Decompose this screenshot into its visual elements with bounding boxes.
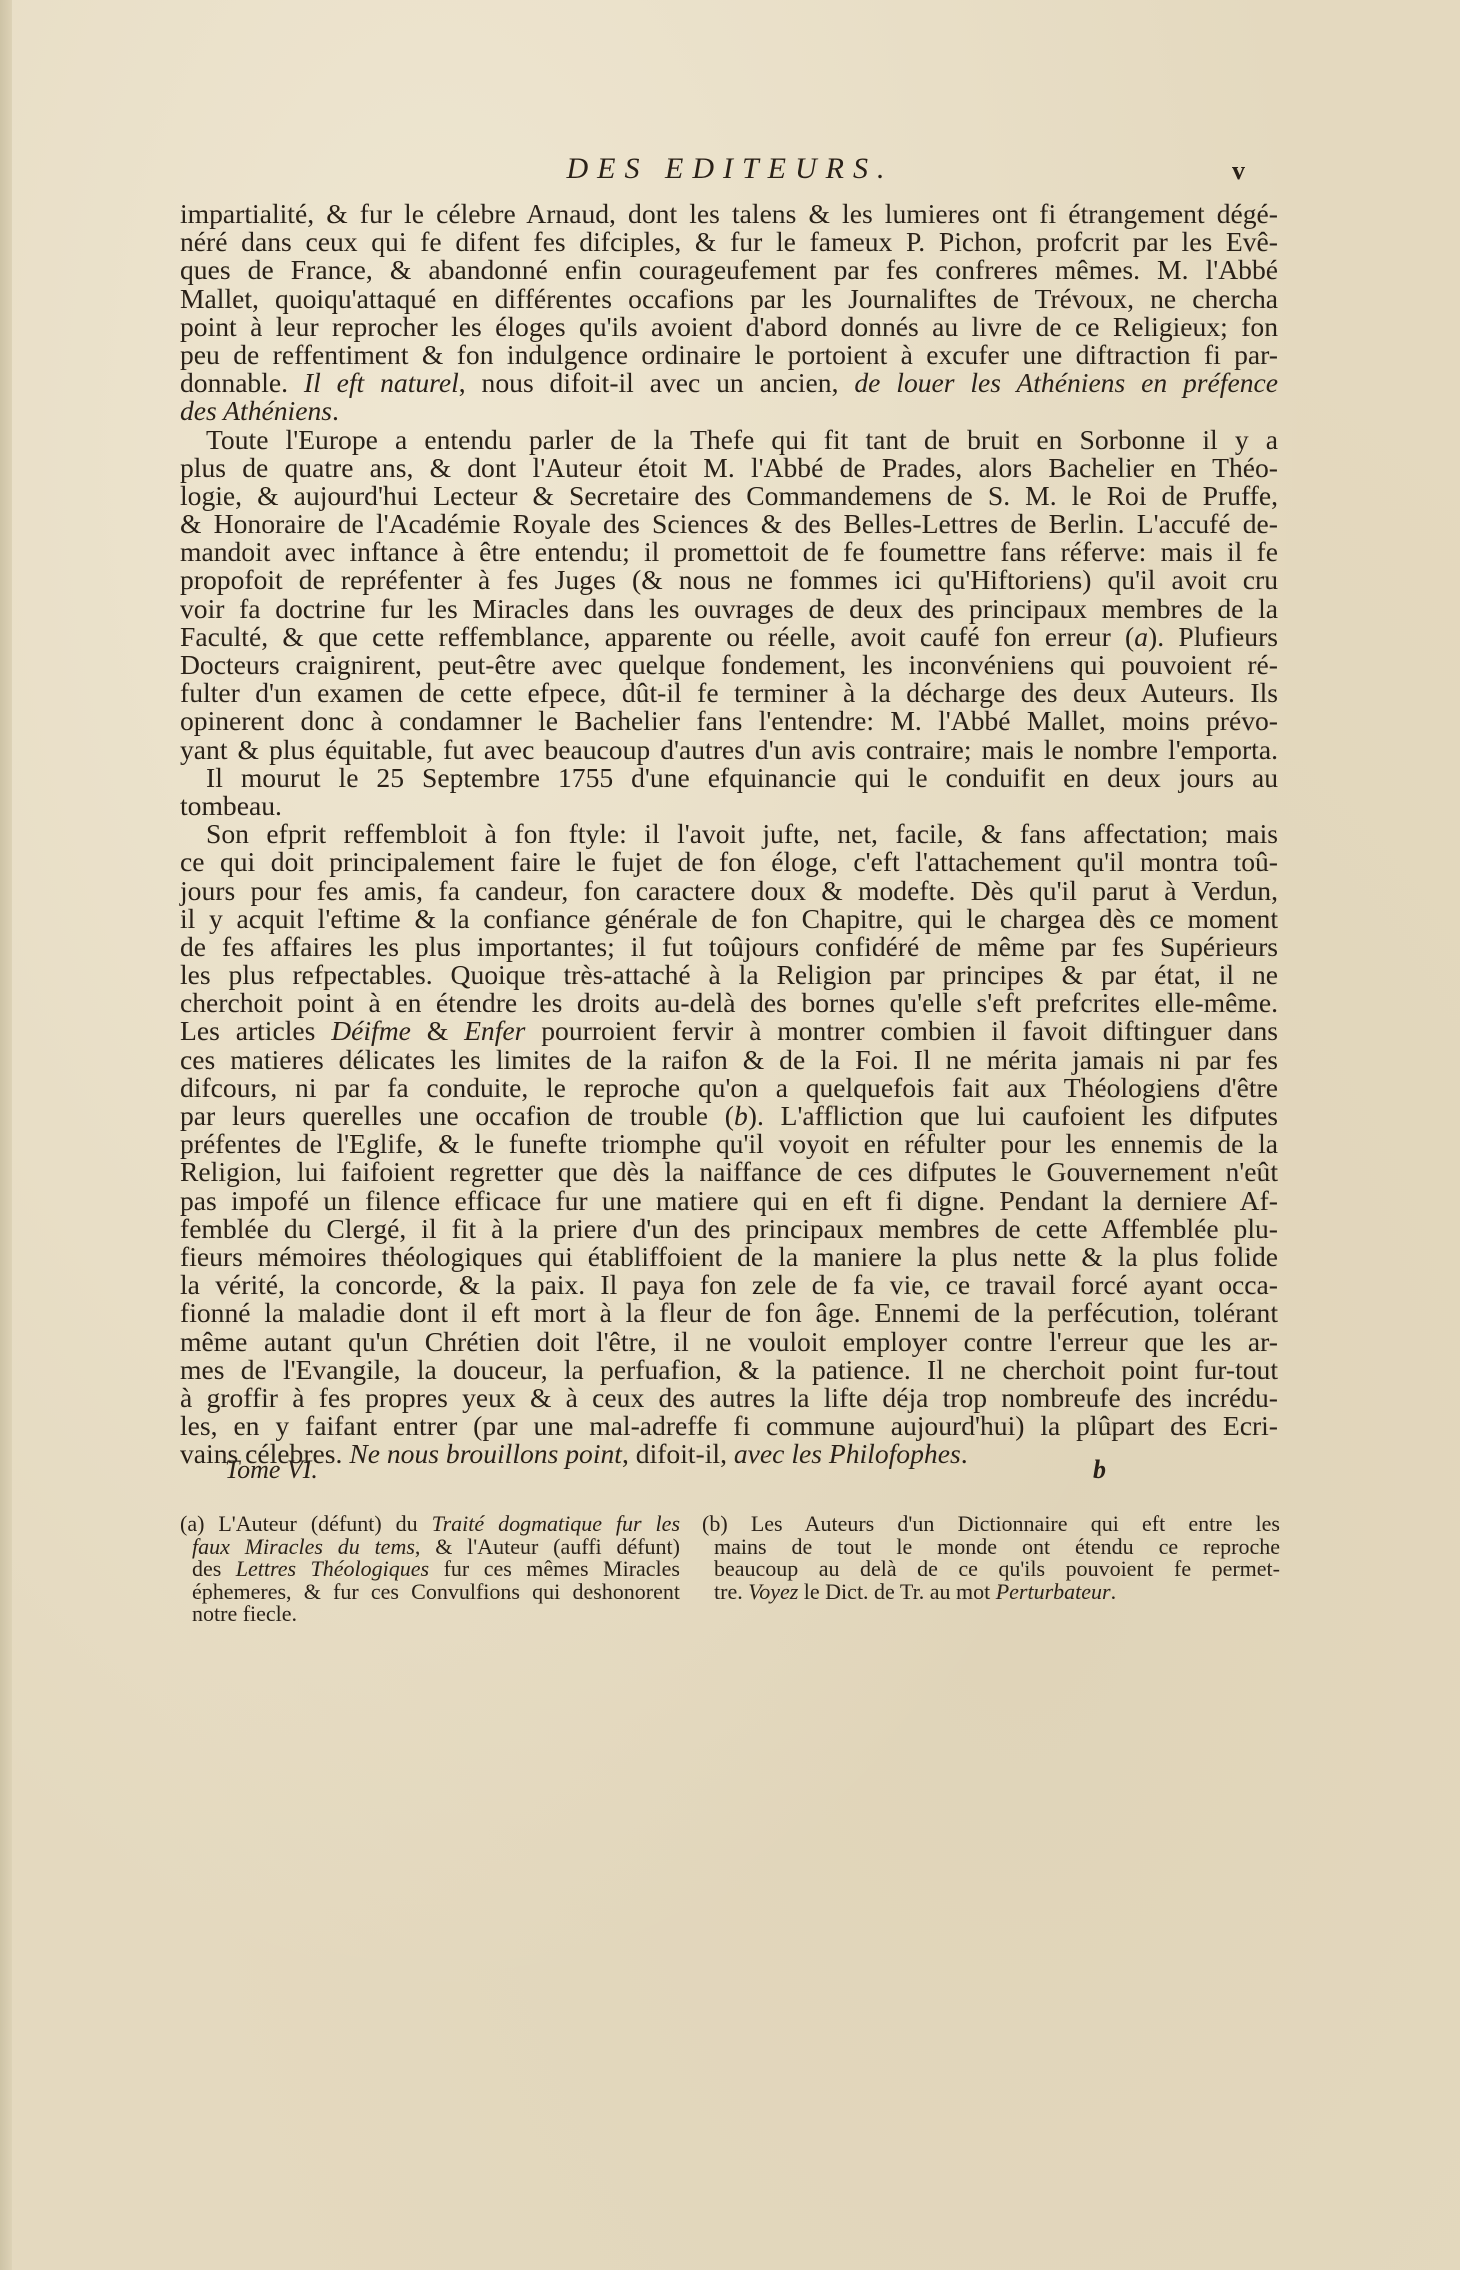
text-segment: à groffir à fes propres yeux & à ceux de… [180,1382,1278,1413]
text-segment: jours pour fes amis, fa candeur, fon car… [180,875,1278,906]
text-segment: . [332,395,339,426]
text-segment: Religion, lui faifoient regretter que dè… [180,1156,1278,1187]
text-line: pas impofé un filence efficace fur une m… [180,1187,1278,1215]
text-segment: & Honoraire de l'Académie Royale des Sci… [180,508,1278,539]
text-line: préfentes de l'Eglife, & le funefte trio… [180,1130,1278,1158]
italic-text: Lettres Théologiques [236,1556,429,1581]
text-segment: Les articles [180,1015,331,1046]
text-segment: Il mourut le 25 Septembre 1755 d'une efq… [206,762,1278,793]
text-line: Son efprit reffembloit à fon ftyle: il l… [180,820,1278,848]
footnote-b: (b) Les Auteurs d'un Dictionnaire qui ef… [702,1513,1280,1603]
text-line: propofoit de repréfenter à fes Juges (& … [180,566,1278,594]
text-line: Faculté, & que cette reffemblance, appar… [180,623,1278,651]
running-head: DES EDITEURS. v [0,152,1460,192]
text-segment: Mallet, quoiqu'attaqué en différentes oc… [180,283,1278,314]
text-line: ce qui doit principalement faire le fuje… [180,848,1278,876]
footnote-a: (a) L'Auteur (défunt) du Traité dogmatiq… [180,1513,680,1626]
text-segment: Faculté, & que cette reffemblance, appar… [180,621,1134,652]
text-segment: mains de tout le monde ont étendu ce rep… [714,1534,1280,1559]
text-line: femblée du Clergé, il fit à la priere d'… [180,1215,1278,1243]
text-segment: tre. [714,1579,748,1604]
italic-text: de louer les Athéniens en préfence [854,367,1278,398]
text-line: Les articles Déifme & Enfer pourroient f… [180,1017,1278,1045]
text-line: point à leur reprocher les éloges qu'ils… [180,313,1278,341]
page-binding-edge [0,0,12,2270]
text-segment: ). L'affliction que lui caufoient les di… [748,1100,1278,1131]
italic-text: Voyez [748,1579,798,1604]
text-segment: de fes affaires les plus importantes; il… [180,931,1278,962]
text-segment: préfentes de l'Eglife, & le funefte trio… [180,1128,1278,1159]
text-line: donnable. Il eft naturel, nous difoit-il… [180,369,1278,397]
italic-text: faux Miracles du tems [192,1534,415,1559]
text-line: impartialité, & fur le célebre Arnaud, d… [180,200,1278,228]
text-segment: pourroient fervir à montrer combien il f… [525,1015,1278,1046]
text-segment: les plus refpectables. Quoique très-atta… [180,959,1278,990]
text-segment: propofoit de repréfenter à fes Juges (& … [180,564,1278,595]
text-segment: (b) Les Auteurs d'un Dictionnaire qui ef… [702,1511,1280,1536]
text-line: cherchoit point à en étendre les droits … [180,989,1278,1017]
text-segment: fieurs mémoires théologiques qui établif… [180,1241,1278,1272]
italic-text: Enfer [464,1015,525,1046]
footnote-line: (a) L'Auteur (défunt) du Traité dogmatiq… [180,1513,680,1536]
text-line: de fes affaires les plus importantes; il… [180,933,1278,961]
footnote-line: éphemeres, & fur ces Convulfions qui des… [180,1581,680,1604]
italic-text: des Athéniens [180,395,332,426]
italic-text: Il eft naturel [304,367,459,398]
text-line: mandoit avec inftance à être entendu; il… [180,538,1278,566]
signature-line: Tome VI. b [0,1455,1460,1489]
text-line: difcours, ni par fa conduite, le reproch… [180,1074,1278,1102]
text-segment: il y acquit l'eftime & la confiance géné… [180,903,1278,934]
text-segment: opinerent donc à condamner le Bachelier … [180,705,1278,736]
text-line: à groffir à fes propres yeux & à ceux de… [180,1384,1278,1412]
text-segment: logie, & aujourd'hui Lecteur & Secretair… [180,480,1278,511]
text-segment: par leurs querelles une occafion de trou… [180,1100,734,1131]
text-line: logie, & aujourd'hui Lecteur & Secretair… [180,482,1278,510]
text-segment: , & l'Auteur (auffi défunt) [415,1534,680,1559]
text-line: même autant qu'un Chrétien doit l'être, … [180,1328,1278,1356]
text-line: Toute l'Europe a entendu parler de la Th… [180,426,1278,454]
text-segment: impartialité, & fur le célebre Arnaud, d… [180,198,1278,229]
text-line: & Honoraire de l'Académie Royale des Sci… [180,510,1278,538]
page-number: v [1232,156,1245,186]
text-segment: éphemeres, & fur ces Convulfions qui des… [192,1579,680,1604]
text-segment: cherchoit point à en étendre les droits … [180,987,1278,1018]
volume-label: Tome VI. [225,1455,318,1485]
text-line: ques de France, & abandonné enfin courag… [180,256,1278,284]
footnote-line: des Lettres Théologiques fur ces mêmes M… [180,1558,680,1581]
text-line: voir fa doctrine fur les Miracles dans l… [180,595,1278,623]
footnote-line: beaucoup au delà de ce qu'ils pouvoient … [702,1558,1280,1581]
text-segment: fulter d'un examen de cette efpece, dût-… [180,677,1278,708]
text-line: Religion, lui faifoient regretter que dè… [180,1158,1278,1186]
text-segment: point à leur reprocher les éloges qu'ils… [180,311,1278,342]
text-segment: les, en y faifant entrer (par une mal-ad… [180,1410,1278,1441]
text-line: par leurs querelles une occafion de trou… [180,1102,1278,1130]
italic-text: b [734,1100,748,1131]
text-line: la vérité, la concorde, & la paix. Il pa… [180,1271,1278,1299]
text-segment: ). Plufieurs [1148,621,1278,652]
text-segment: beaucoup au delà de ce qu'ils pouvoient … [714,1556,1280,1581]
text-segment: le Dict. de Tr. au mot [798,1579,995,1604]
footnote-line: tre. Voyez le Dict. de Tr. au mot Pertur… [702,1581,1280,1604]
text-line: des Athéniens. [180,397,1278,425]
footnote-line: mains de tout le monde ont étendu ce rep… [702,1536,1280,1559]
text-line: fionné la maladie dont il eft mort à la … [180,1299,1278,1327]
footnote-line: notre fiecle. [180,1603,680,1626]
text-line: Mallet, quoiqu'attaqué en différentes oc… [180,285,1278,313]
italic-text: a [1134,621,1148,652]
text-segment: la vérité, la concorde, & la paix. Il pa… [180,1269,1278,1300]
text-segment: Toute l'Europe a entendu parler de la Th… [206,424,1278,455]
text-line: il y acquit l'eftime & la confiance géné… [180,905,1278,933]
text-line: plus de quatre ans, & dont l'Auteur étoi… [180,454,1278,482]
text-line: les plus refpectables. Quoique très-atta… [180,961,1278,989]
text-segment: Docteurs craignirent, peut-être avec que… [180,649,1278,680]
text-segment: fionné la maladie dont il eft mort à la … [180,1297,1278,1328]
text-segment: Son efprit reffembloit à fon ftyle: il l… [206,818,1278,849]
text-segment: (a) L'Auteur (défunt) du [180,1511,432,1536]
text-line: mes de l'Evangile, la douceur, la perfua… [180,1356,1278,1384]
text-line: yant & plus équitable, fut avec beaucoup… [180,736,1278,764]
text-segment: ques de France, & abandonné enfin courag… [180,254,1278,285]
text-line: néré dans ceux qui fe difent fes difcipl… [180,228,1278,256]
footnote-line: (b) Les Auteurs d'un Dictionnaire qui ef… [702,1513,1280,1536]
text-segment: plus de quatre ans, & dont l'Auteur étoi… [180,452,1278,483]
text-line: fulter d'un examen de cette efpece, dût-… [180,679,1278,707]
text-line: Docteurs craignirent, peut-être avec que… [180,651,1278,679]
text-segment: femblée du Clergé, il fit à la priere d'… [180,1213,1278,1244]
text-line: fieurs mémoires théologiques qui établif… [180,1243,1278,1271]
italic-text: Perturbateur [996,1579,1111,1604]
text-segment: mandoit avec inftance à être entendu; il… [180,536,1278,567]
text-line: ces matieres délicates les limites de la… [180,1046,1278,1074]
text-segment: notre fiecle. [192,1601,297,1626]
text-line: opinerent donc à condamner le Bachelier … [180,707,1278,735]
main-text: impartialité, & fur le célebre Arnaud, d… [180,200,1278,1468]
text-segment: pas impofé un filence efficace fur une m… [180,1185,1278,1216]
text-segment: difcours, ni par fa conduite, le reproch… [180,1072,1278,1103]
text-segment: même autant qu'un Chrétien doit l'être, … [180,1326,1278,1357]
text-segment: fur ces mêmes Miracles [429,1556,680,1581]
text-segment: néré dans ceux qui fe difent fes difcipl… [180,226,1278,257]
text-segment: donnable. [180,367,304,398]
text-line: peu de reffentiment & fon indulgence ord… [180,341,1278,369]
text-line: les, en y faifant entrer (par une mal-ad… [180,1412,1278,1440]
text-segment: tombeau. [180,790,282,821]
footnote-line: faux Miracles du tems, & l'Auteur (auffi… [180,1536,680,1559]
text-segment: voir fa doctrine fur les Miracles dans l… [180,593,1278,624]
italic-text: Déifme [331,1015,411,1046]
text-segment: ces matieres délicates les limites de la… [180,1044,1278,1075]
text-segment: . [1111,1579,1117,1604]
signature-mark: b [1093,1455,1106,1485]
text-segment: mes de l'Evangile, la douceur, la perfua… [180,1354,1278,1385]
text-segment: peu de reffentiment & fon indulgence ord… [180,339,1278,370]
book-page: DES EDITEURS. v impartialité, & fur le c… [0,0,1460,2270]
text-line: jours pour fes amis, fa candeur, fon car… [180,877,1278,905]
text-segment: , nous difoit-il avec un ancien, [459,367,855,398]
text-line: Il mourut le 25 Septembre 1755 d'une efq… [180,764,1278,792]
text-segment: des [192,1556,236,1581]
text-segment: yant & plus équitable, fut avec beaucoup… [180,734,1278,765]
italic-text: Traité dogmatique fur les [432,1511,680,1536]
text-segment: ce qui doit principalement faire le fuje… [180,846,1278,877]
text-segment: & [411,1015,464,1046]
text-line: tombeau. [180,792,1278,820]
